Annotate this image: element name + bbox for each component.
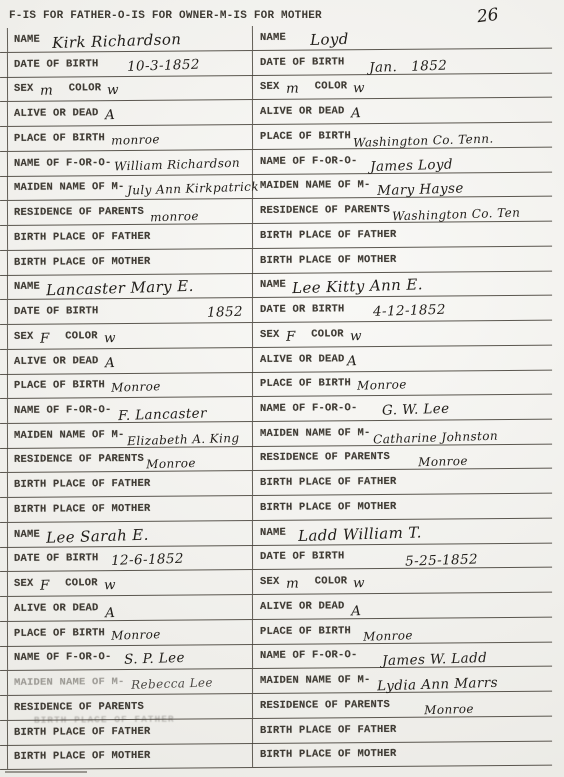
handwritten-value: m [285, 81, 299, 97]
field-label: NAME OF F-OR-O- [14, 404, 112, 417]
scanned-register-page: F-IS FOR FATHER-O-IS FOR OWNER-M-IS FOR … [0, 0, 564, 777]
cell-alive-r3-left: ALIVE OR DEAD A [7, 595, 252, 621]
field-label: PLACE OF BIRTH [260, 130, 351, 143]
field-label: COLOR [69, 83, 102, 95]
cell-residence-r1-left: RESIDENCE OF PARENTS monroe [7, 199, 252, 225]
handwritten-value: Loyd [310, 30, 349, 49]
field-label: MAIDEN NAME OF M- [260, 674, 371, 687]
field-label: BIRTH PLACE OF FATHER [14, 725, 151, 738]
cell-father-r2-left: NAME OF F-OR-O- F. Lancaster [7, 397, 252, 423]
handwritten-value: w [350, 328, 362, 344]
field-label: BIRTH PLACE OF MOTHER [260, 501, 397, 514]
cell-bpm-r1-right: BIRTH PLACE OF MOTHER [252, 246, 552, 272]
field-label: SEX [14, 578, 34, 590]
field-label: DATE OF BIRTH [14, 553, 99, 566]
field-label: RESIDENCE OF PARENTS [14, 206, 144, 219]
handwritten-value: Washington Co. Ten [392, 205, 520, 223]
handwritten-value: A [104, 354, 115, 370]
handwritten-value: 5-25-1852 [404, 552, 477, 570]
field-label: ALIVE OR DEAD [260, 105, 345, 118]
cell-maiden-r3-right: MAIDEN NAME OF M- Lydia Ann Marrs [252, 667, 552, 693]
field-label: RESIDENCE OF PARENTS [260, 204, 390, 217]
handwritten-value: Monroe [146, 456, 196, 472]
cell-pob-r1-right: PLACE OF BIRTH Washington Co. Tenn. [252, 123, 552, 149]
field-label: DATE OR BIRTH [260, 303, 345, 316]
field-label: BIRTH PLACE OF MOTHER [260, 253, 397, 266]
cell-sex-r2-right: SEX F COLOR w [252, 320, 552, 346]
cell-alive-r2-left: ALIVE OR DEAD A [7, 348, 252, 374]
cell-name-r3-right: NAME Ladd William T. [252, 518, 552, 544]
field-label: NAME OF F-OR-O- [260, 402, 358, 415]
handwritten-value: Monroe [363, 628, 413, 644]
cell-bpm-r2-right: BIRTH PLACE OF MOTHER [252, 494, 552, 520]
cell-bpf-r3-right: BIRTH PLACE OF FATHER [252, 716, 552, 742]
cell-maiden-r2-left: MAIDEN NAME OF M- Elizabeth A. King [7, 422, 252, 448]
handwritten-value: Monroe [111, 379, 161, 395]
field-label: RESIDENCE OF PARENTS [260, 699, 390, 712]
cell-father-r1-right: NAME OF F-OR-O- James Loyd [252, 147, 552, 173]
handwritten-value: F. Lancaster [117, 405, 206, 424]
handwritten-value: G. W. Lee [381, 401, 449, 419]
field-label: PLACE OF BIRTH [260, 625, 351, 638]
handwritten-value: m [39, 83, 53, 99]
cell-bpf-r3-left: BIRTH PLACE OF FATHER BIRTH PLACE OF FAT… [7, 719, 252, 745]
cell-sex-r3-right: SEX m COLOR w [252, 568, 552, 594]
cell-pob-r2-right: PLACE OF BIRTH Monroe [252, 370, 552, 396]
field-label: BIRTH PLACE OF MOTHER [14, 750, 151, 763]
cell-pob-r3-right: PLACE OF BIRTH Monroe [252, 617, 552, 643]
cell-pob-r2-left: PLACE OF BIRTH Monroe [7, 372, 252, 398]
cell-alive-r3-right: ALIVE OR DEAD A [252, 593, 552, 619]
row-bpf-r1: BIRTH PLACE OF FATHER BIRTH PLACE OF FAT… [0, 222, 552, 251]
row-pob-r1: PLACE OF BIRTH monroe PLACE OF BIRTH Was… [0, 123, 552, 152]
field-label: NAME [260, 526, 286, 538]
handwritten-value: Washington Co. Tenn. [353, 131, 494, 149]
cell-name-r2-right: NAME Lee Kitty Ann E. [252, 271, 552, 297]
field-label: MAIDEN NAME OF M- [14, 676, 125, 689]
cell-name-r2-left: NAME Lancaster Mary E. [7, 273, 252, 299]
field-label: NAME OF F-OR-O- [260, 155, 358, 168]
row-bpm-r3: BIRTH PLACE OF MOTHER BIRTH PLACE OF MOT… [0, 741, 552, 770]
cell-bpf-r1-right: BIRTH PLACE OF FATHER [252, 222, 552, 248]
header-legend: F-IS FOR FATHER-O-IS FOR OWNER-M-IS FOR … [9, 10, 322, 22]
cell-alive-r1-right: ALIVE OR DEAD A [252, 98, 552, 124]
handwritten-value: F [39, 330, 49, 346]
cell-bpm-r3-left: BIRTH PLACE OF MOTHER [7, 743, 252, 769]
field-label: COLOR [311, 328, 344, 340]
cell-sex-r3-left: SEX F COLOR w [7, 570, 252, 596]
field-label: NAME OF F-OR-O- [14, 651, 112, 664]
cell-father-r2-right: NAME OF F-OR-O- G. W. Lee [252, 395, 552, 421]
handwritten-value: Lee Sarah E. [46, 525, 149, 546]
field-label: BIRTH PLACE OF FATHER [14, 478, 151, 491]
field-label: PLACE OF BIRTH [14, 379, 105, 392]
field-label: NAME OF F-OR-O- [260, 649, 358, 662]
field-label: DATE OF BIRTH [14, 58, 99, 71]
handwritten-value: F [285, 328, 295, 344]
cell-maiden-r1-right: MAIDEN NAME OF M- Mary Hayse [252, 172, 552, 198]
row-sex-r2: SEX F COLOR w SEX F COLOR w [0, 320, 552, 349]
handwritten-value: w [353, 80, 365, 96]
handwritten-value: Ladd William T. [298, 523, 422, 545]
field-label: COLOR [65, 330, 98, 342]
handwritten-value: Lancaster Mary E. [46, 277, 194, 300]
cell-residence-r1-right: RESIDENCE OF PARENTS Washington Co. Ten [252, 197, 552, 223]
cell-maiden-r2-right: MAIDEN NAME OF M- Catharine Johnston [252, 419, 552, 445]
field-label: COLOR [315, 81, 348, 93]
field-label: ALIVE OR DEAD [14, 602, 99, 615]
row-alive-r3: ALIVE OR DEAD A ALIVE OR DEAD A [0, 593, 552, 622]
field-label: SEX [260, 81, 280, 93]
field-label: BIRTH PLACE OF FATHER [260, 476, 397, 489]
field-label: NAME OF F-OR-O- [14, 157, 112, 170]
field-label: SEX [14, 83, 34, 95]
cell-father-r3-right: NAME OF F-OR-O- James W. Ladd [252, 642, 552, 668]
records-table: NAME Kirk Richardson NAME Loyd DATE OF B… [0, 28, 552, 770]
cell-bpm-r3-right: BIRTH PLACE OF MOTHER [252, 741, 552, 767]
field-label: PLACE OF BIRTH [14, 132, 105, 145]
handwritten-value: 4-12-1852 [372, 302, 445, 320]
field-label: BIRTH PLACE OF FATHER [260, 723, 397, 736]
cell-residence-r2-right: RESIDENCE OF PARENTS Monroe [252, 444, 552, 470]
field-label: NAME [14, 528, 40, 540]
handwritten-value: Monroe [357, 377, 407, 393]
cell-bpf-r1-left: BIRTH PLACE OF FATHER [7, 224, 252, 250]
field-label: MAIDEN NAME OF M- [260, 427, 371, 440]
handwritten-value: William Richardson [113, 155, 239, 173]
field-label: MAIDEN NAME OF M- [14, 429, 125, 442]
cell-sex-r1-left: SEX m COLOR w [7, 75, 252, 101]
field-label: BIRTH PLACE OF FATHER [14, 231, 151, 244]
ghost-overstrike-text: BIRTH PLACE OF FATHER [34, 713, 175, 725]
handwritten-value: 10-3-1852 [126, 56, 199, 74]
handwritten-value: w [353, 575, 365, 591]
field-label: ALIVE OR DEAD [14, 107, 99, 120]
cell-dob-r2-left: DATE OF BIRTH 1852 [7, 298, 252, 324]
field-label: DATE OF BIRTH [260, 551, 345, 564]
field-label: ALIVE OR DEAD [14, 355, 99, 368]
cell-pob-r1-left: PLACE OF BIRTH monroe [7, 125, 252, 151]
cell-father-r1-left: NAME OF F-OR-O- William Richardson [7, 150, 252, 176]
field-label: BIRTH PLACE OF MOTHER [14, 503, 151, 516]
cell-name-r1-left: NAME Kirk Richardson [7, 26, 252, 52]
field-label: BIRTH PLACE OF FATHER [260, 229, 397, 242]
field-label: NAME [14, 34, 40, 46]
field-label: SEX [260, 328, 280, 340]
cell-name-r1-right: NAME Loyd [252, 24, 552, 50]
cell-dob-r1-right: DATE OF BIRTH Jan. 1852 [252, 48, 552, 74]
handwritten-value: A [346, 352, 357, 368]
field-label: PLACE OF BIRTH [14, 627, 105, 640]
cell-dob-r1-left: DATE OF BIRTH 10-3-1852 [7, 51, 252, 77]
field-label: SEX [260, 576, 280, 588]
cell-bpf-r2-left: BIRTH PLACE OF FATHER [7, 471, 252, 497]
handwritten-value: m [285, 576, 299, 592]
handwritten-value: w [107, 82, 119, 98]
cell-bpf-r2-right: BIRTH PLACE OF FATHER [252, 469, 552, 495]
cell-maiden-r1-left: MAIDEN NAME OF M- July Ann Kirkpatrick [7, 174, 252, 200]
cell-dob-r3-right: DATE OF BIRTH 5-25-1852 [252, 543, 552, 569]
field-label: RESIDENCE OF PARENTS [14, 453, 144, 466]
handwritten-value: 1852 [206, 304, 242, 321]
handwritten-value: Rebecca Lee [130, 675, 212, 691]
cell-alive-r2-right: ALIVE OR DEAD A [252, 345, 552, 371]
handwritten-value: A [350, 105, 361, 121]
field-label: RESIDENCE OF PARENTS [260, 451, 390, 464]
handwritten-value: Monroe [418, 454, 468, 470]
handwritten-value: F [39, 578, 49, 594]
field-label: NAME [260, 279, 286, 291]
field-label: PLACE OF BIRTH [260, 377, 351, 390]
cell-residence-r3-right: RESIDENCE OF PARENTS Monroe [252, 691, 552, 717]
cell-father-r3-left: NAME OF F-OR-O- S. P. Lee [7, 644, 252, 670]
cell-dob-r2-right: DATE OR BIRTH 4-12-1852 [252, 296, 552, 322]
handwritten-value: July Ann Kirkpatrick [126, 180, 258, 198]
field-label: BIRTH PLACE OF MOTHER [260, 748, 397, 761]
cell-bpm-r1-left: BIRTH PLACE OF MOTHER [7, 249, 252, 275]
handwritten-value: 12-6-1852 [110, 551, 183, 569]
field-label: DATE OF BIRTH [260, 56, 345, 69]
cell-sex-r1-right: SEX m COLOR w [252, 73, 552, 99]
handwritten-value: A [104, 107, 115, 123]
field-label: ALIVE OR DEAD [260, 600, 345, 613]
handwritten-value: monroe [111, 132, 160, 147]
scan-line-artifact [5, 771, 87, 773]
field-label: MAIDEN NAME OF M- [260, 179, 371, 192]
field-label: COLOR [315, 575, 348, 587]
handwritten-value: w [104, 330, 116, 346]
field-label: SEX [14, 330, 34, 342]
handwritten-value: Monroe [424, 701, 474, 717]
handwritten-value: w [104, 577, 116, 593]
handwritten-value: Monroe [111, 627, 161, 643]
cell-alive-r1-left: ALIVE OR DEAD A [7, 100, 252, 126]
cell-bpm-r2-left: BIRTH PLACE OF MOTHER [7, 496, 252, 522]
cell-residence-r2-left: RESIDENCE OF PARENTS Monroe [7, 447, 252, 473]
field-label: NAME [260, 32, 286, 44]
field-label: MAIDEN NAME OF M- [14, 181, 125, 194]
cell-dob-r3-left: DATE OF BIRTH 12-6-1852 [7, 545, 252, 571]
handwritten-value: A [104, 605, 115, 621]
field-label: BIRTH PLACE OF MOTHER [14, 255, 151, 268]
handwritten-value: monroe [150, 209, 199, 224]
field-label: DATE OF BIRTH [14, 305, 99, 318]
cell-maiden-r3-left: MAIDEN NAME OF M- Rebecca Lee [7, 669, 252, 695]
handwritten-value: A [350, 603, 361, 619]
cell-pob-r3-left: PLACE OF BIRTH Monroe [7, 620, 252, 646]
field-label: NAME [14, 281, 40, 293]
cell-sex-r2-left: SEX F COLOR w [7, 323, 252, 349]
field-label: ALIVE OR DEAD [260, 353, 345, 366]
handwritten-value: Lee Kitty Ann E. [292, 275, 423, 297]
handwritten-value: S. P. Lee [123, 650, 184, 668]
field-label: COLOR [65, 577, 98, 589]
cell-name-r3-left: NAME Lee Sarah E. [7, 521, 252, 547]
handwritten-value: Kirk Richardson [52, 30, 182, 52]
field-label: RESIDENCE OF PARENTS [14, 701, 144, 714]
